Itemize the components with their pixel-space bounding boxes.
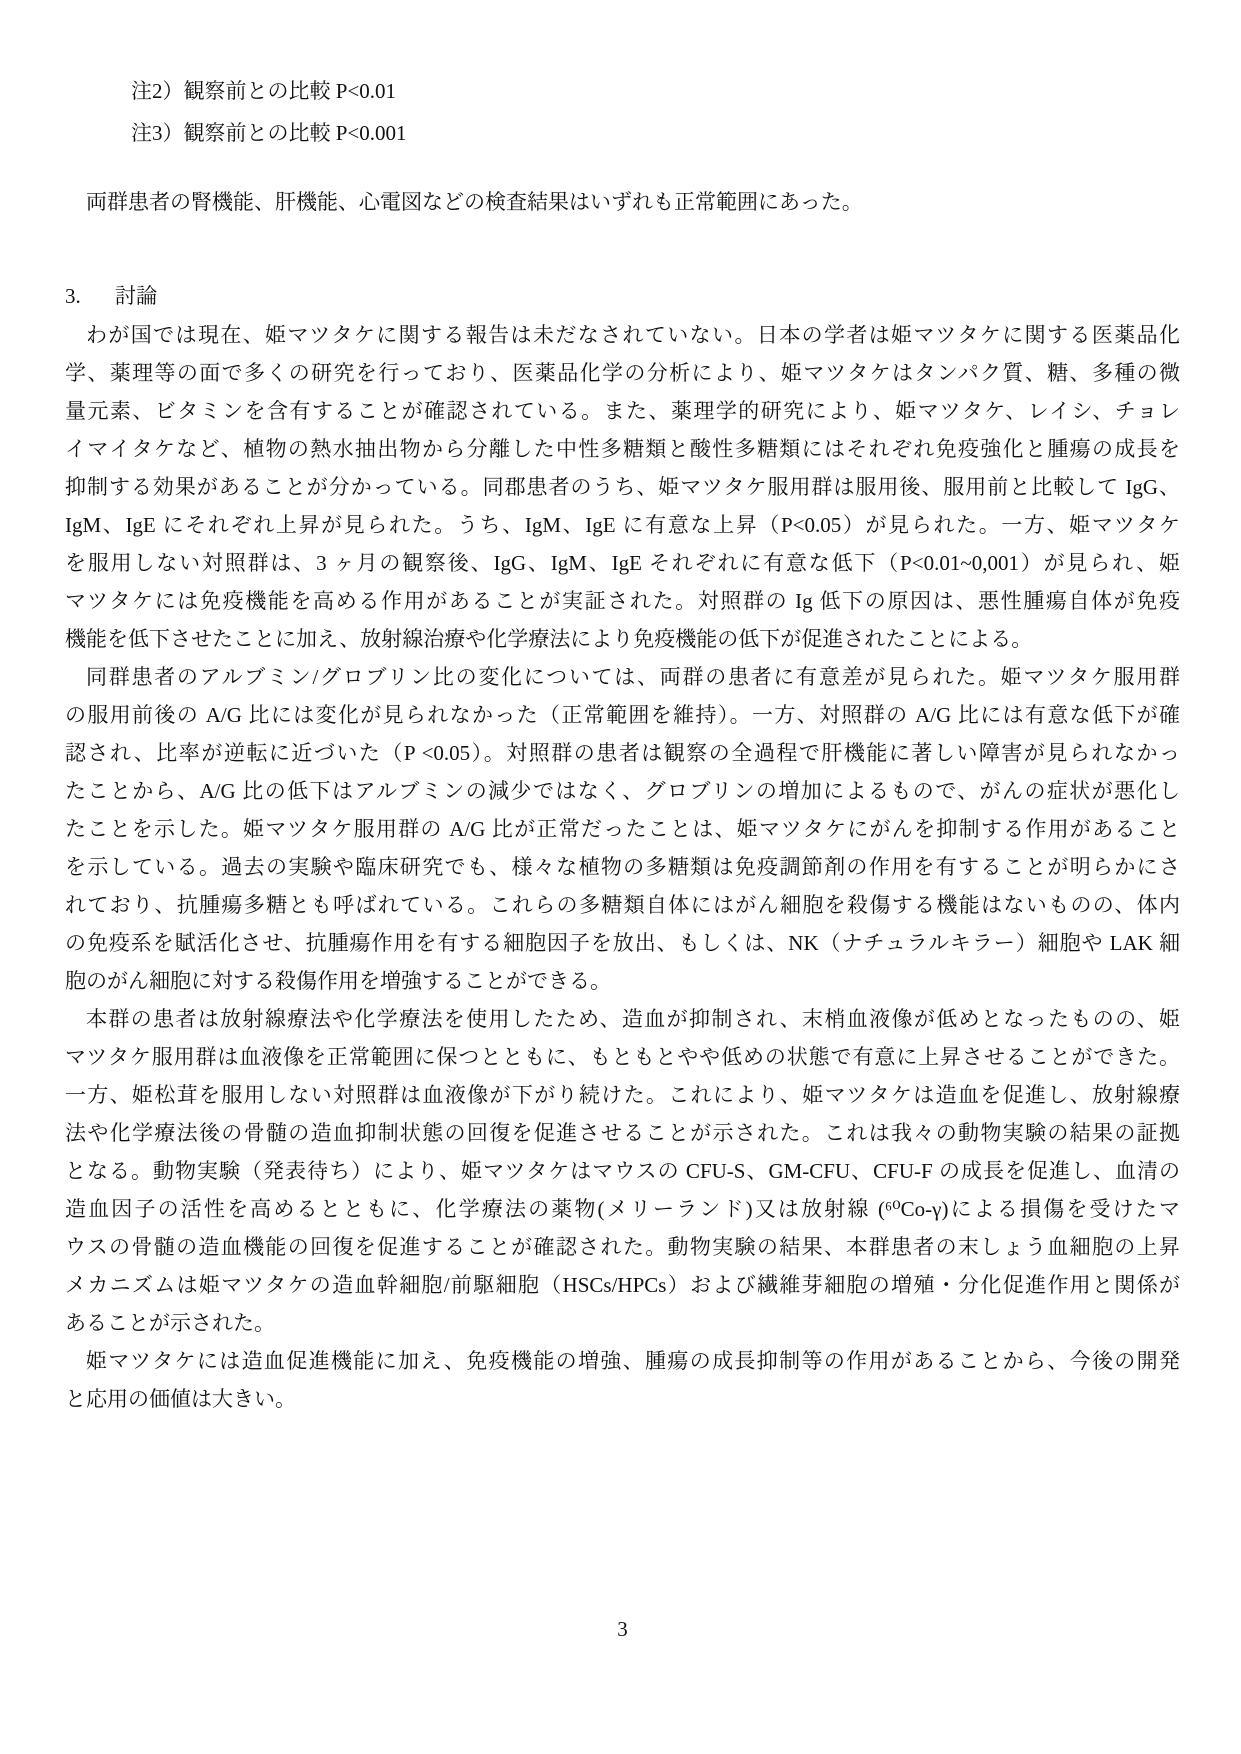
- text-line: 認され、比率が逆転に近づいた（P <0.05）。対照群の患者は観察の全過程で肝機…: [65, 734, 1180, 772]
- paragraph-3: 本群の患者は放射線療法や化学療法を使用したため、造血が抑制され、末梢血液像が低め…: [65, 1000, 1180, 1342]
- text-line: 造血因子の活性を高めるとともに、化学療法の薬物(メリーランド)又は放射線 (⁶⁰…: [65, 1190, 1180, 1228]
- section-number: 3.: [65, 276, 115, 316]
- text-line: たことを示した。姫マツタケ服用群の A/G 比が正常だったことは、姫マツタケにが…: [65, 810, 1180, 848]
- text-line: 抑制する効果があることが分かっている。同郡患者のうち、姫マツタケ服用群は服用後、…: [65, 468, 1180, 506]
- text-line: たことから、A/G 比の低下はアルブミンの減少ではなく、グロブリンの増加によるも…: [65, 772, 1180, 810]
- text-line: わが国では現在、姫マツタケに関する報告は未だなされていない。日本の学者は姫マツタ…: [65, 316, 1180, 354]
- text-line: 胞のがん細胞に対する殺傷作用を増強することができる。: [65, 962, 1180, 1000]
- document-page: 注2）観察前との比較 P<0.01 注3）観察前との比較 P<0.001 両群患…: [0, 0, 1241, 1754]
- text-line: マツタケには免疫機能を高める作用があることが実証された。対照群の Ig 低下の原…: [65, 582, 1180, 620]
- section-heading: 3. 討論: [65, 276, 1180, 316]
- paragraph-2: 同群患者のアルブミン/グロブリン比の変化については、両群の患者に有意差が見られた…: [65, 658, 1180, 1000]
- text-line: を服用しない対照群は、3 ヶ月の観察後、IgG、IgM、IgE それぞれに有意な…: [65, 544, 1180, 582]
- section-title: 討論: [115, 276, 157, 316]
- lead-paragraph: 両群患者の腎機能、肝機能、心電図などの検査結果はいずれも正常範囲にあった。: [65, 182, 1180, 222]
- text-line: 同群患者のアルブミン/グロブリン比の変化については、両群の患者に有意差が見られた…: [65, 658, 1180, 696]
- text-line: 本群の患者は放射線療法や化学療法を使用したため、造血が抑制され、末梢血液像が低め…: [65, 1000, 1180, 1038]
- text-line: となる。動物実験（発表待ち）により、姫マツタケはマウスの CFU-S、GM-CF…: [65, 1152, 1180, 1190]
- paragraph-1: わが国では現在、姫マツタケに関する報告は未だなされていない。日本の学者は姫マツタ…: [65, 316, 1180, 658]
- footnotes: 注2）観察前との比較 P<0.01 注3）観察前との比較 P<0.001: [131, 70, 1180, 154]
- text-line: 機能を低下させたことに加え、放射線治療や化学療法により免疫機能の低下が促進された…: [65, 620, 1180, 658]
- discussion-body: わが国では現在、姫マツタケに関する報告は未だなされていない。日本の学者は姫マツタ…: [65, 316, 1180, 1418]
- text-line: ウスの骨髄の造血機能の回復を促進することが確認された。動物実験の結果、本群患者の…: [65, 1228, 1180, 1266]
- page-number: 3: [65, 1614, 1180, 1644]
- text-line: 量元素、ビタミンを含有することが確認されている。また、薬理学的研究により、姫マツ…: [65, 392, 1180, 430]
- text-line: あることが示された。: [65, 1304, 1180, 1342]
- text-line: 一方、姫松茸を服用しない対照群は血液像が下がり続けた。これにより、姫マツタケは造…: [65, 1076, 1180, 1114]
- text-line: 法や化学療法後の骨髄の造血抑制状態の回復を促進させることが示された。これは我々の…: [65, 1114, 1180, 1152]
- text-line: の免疫系を賦活化させ、抗腫瘍作用を有する細胞因子を放出、もしくは、NK（ナチュラ…: [65, 924, 1180, 962]
- text-line: の服用前後の A/G 比には変化が見られなかった（正常範囲を維持）。一方、対照群…: [65, 696, 1180, 734]
- text-line: と応用の価値は大きい。: [65, 1380, 1180, 1418]
- paragraph-4: 姫マツタケには造血促進機能に加え、免疫機能の増強、腫瘍の成長抑制等の作用があるこ…: [65, 1342, 1180, 1418]
- footnote-line: 注3）観察前との比較 P<0.001: [131, 112, 1180, 154]
- footnote-line: 注2）観察前との比較 P<0.01: [131, 70, 1180, 112]
- text-line: マツタケ服用群は血液像を正常範囲に保つとともに、もともとやや低めの状態で有意に上…: [65, 1038, 1180, 1076]
- text-line: を示している。過去の実験や臨床研究でも、様々な植物の多糖類は免疫調節剤の作用を有…: [65, 848, 1180, 886]
- text-line: れており、抗腫瘍多糖とも呼ばれている。これらの多糖類自体にはがん細胞を殺傷する機…: [65, 886, 1180, 924]
- text-line: イマイタケなど、植物の熱水抽出物から分離した中性多糖類と酸性多糖類にはそれぞれ免…: [65, 430, 1180, 468]
- text-line: 姫マツタケには造血促進機能に加え、免疫機能の増強、腫瘍の成長抑制等の作用があるこ…: [65, 1342, 1180, 1380]
- text-line: メカニズムは姫マツタケの造血幹細胞/前駆細胞（HSCs/HPCs）および繊維芽細…: [65, 1266, 1180, 1304]
- text-line: IgM、IgE にそれぞれ上昇が見られた。うち、IgM、IgE に有意な上昇（P…: [65, 506, 1180, 544]
- text-line: 学、薬理等の面で多くの研究を行っており、医薬品化学の分析により、姫マツタケはタン…: [65, 354, 1180, 392]
